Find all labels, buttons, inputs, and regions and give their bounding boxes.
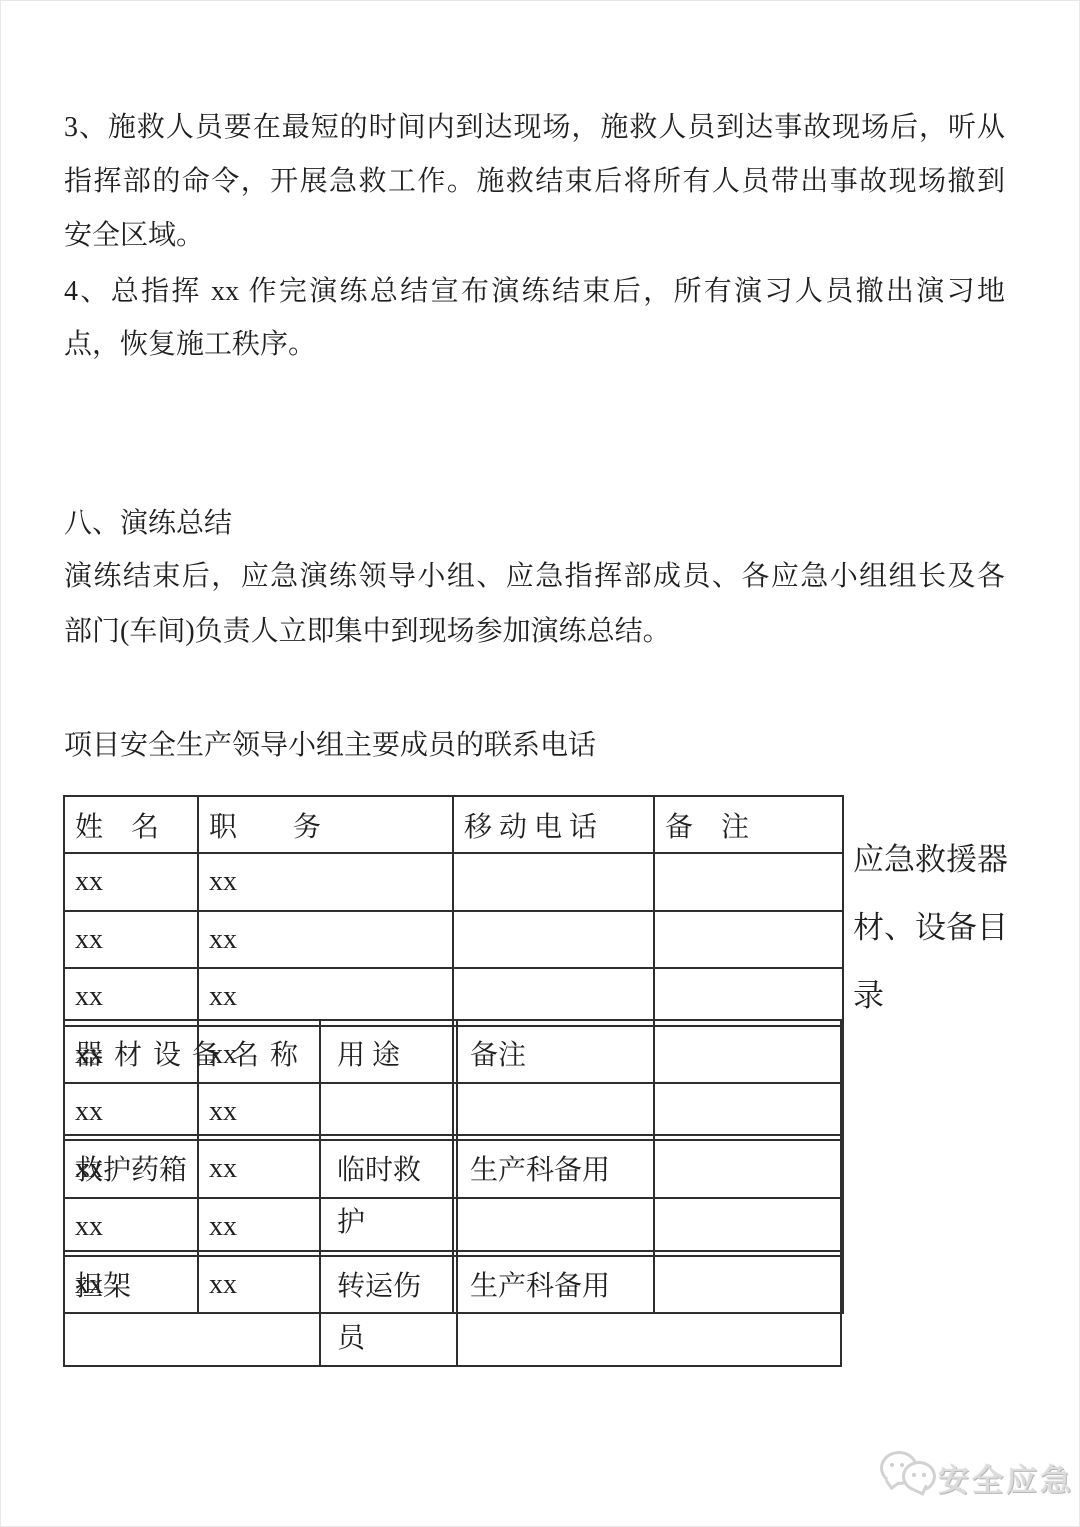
contacts-table-caption: 项目安全生产领导小组主要成员的联系电话 xyxy=(64,718,1005,774)
table-row: 担架 转运伤员 生产科备用 xyxy=(64,1251,841,1366)
watermark-label: 安全应急 xyxy=(938,1455,1074,1500)
side-note-equipment-catalog: 应急救援器材、设备目录 xyxy=(853,826,1023,1030)
cell-use: 临时救护 xyxy=(320,1135,457,1251)
cell-title: xx xyxy=(198,968,453,1026)
cell-note xyxy=(654,853,843,911)
column-header-name: 姓 名 xyxy=(64,796,198,853)
cell-mobile xyxy=(453,853,654,911)
paragraph-4-line-2: 点，恢复施工秩序。 xyxy=(64,317,1005,373)
cell-title: xx xyxy=(198,911,453,968)
paragraph-3-line-2: 指挥部的命令，开展急救工作。施救结束后将所有人员带出事故现场撤到 xyxy=(64,154,1005,210)
paragraph-8-line-2: 部门(车间)负责人立即集中到现场参加演练总结。 xyxy=(64,604,1005,660)
cell-mobile xyxy=(453,911,654,968)
document-page: 3、施救人员要在最短的时间内到达现场，施救人员到达事故现场后，听从 指挥部的命令… xyxy=(0,0,1080,1527)
table-row: xx xx xyxy=(64,911,843,968)
table-row: xx xx xyxy=(64,968,843,1026)
cell-name: xx xyxy=(64,968,198,1026)
paragraph-8-line-1: 演练结束后，应急演练领导小组、应急指挥部成员、各应急小组组长及各 xyxy=(64,549,1005,605)
cell-equipment-name: 救护药箱 xyxy=(64,1135,320,1251)
section-heading: 八、演练总结 xyxy=(64,496,1005,552)
column-header-note: 备 注 xyxy=(654,796,843,853)
cell-equipment-name: 担架 xyxy=(64,1251,320,1366)
column-header-remark: 备注 xyxy=(457,1020,841,1135)
cell-title: xx xyxy=(198,853,453,911)
equipment-table: 器 材 设 备 名 称 用 途 备注 救护药箱 临时救护 生产科备用 担架 转运… xyxy=(63,1019,842,1367)
cell-remark: 生产科备用 xyxy=(457,1135,841,1251)
cell-name: xx xyxy=(64,911,198,968)
wechat-bubbles-icon xyxy=(878,1445,936,1497)
table-row: 救护药箱 临时救护 生产科备用 xyxy=(64,1135,841,1251)
table-row: xx xx xyxy=(64,853,843,911)
column-header-use: 用 途 xyxy=(320,1020,457,1135)
cell-remark: 生产科备用 xyxy=(457,1251,841,1366)
cell-note xyxy=(654,968,843,1026)
chat-bubble-small xyxy=(902,1461,936,1492)
paragraph-3-line-1: 3、施救人员要在最短的时间内到达现场，施救人员到达事故现场后，听从 xyxy=(64,100,1005,156)
cell-use: 转运伤员 xyxy=(320,1251,457,1366)
cell-name: xx xyxy=(64,853,198,911)
cell-note xyxy=(654,911,843,968)
column-header-mobile: 移 动 电 话 xyxy=(453,796,654,853)
column-header-equipment-name: 器 材 设 备 名 称 xyxy=(64,1020,320,1135)
column-header-title: 职 务 xyxy=(198,796,453,853)
watermark: 安全应急 xyxy=(878,1443,1058,1503)
paragraph-3-line-3: 安全区域。 xyxy=(64,208,1005,264)
paragraph-4-line-1: 4、总指挥 xx 作完演练总结宣布演练结束后，所有演习人员撤出演习地 xyxy=(64,264,1005,320)
cell-mobile xyxy=(453,968,654,1026)
